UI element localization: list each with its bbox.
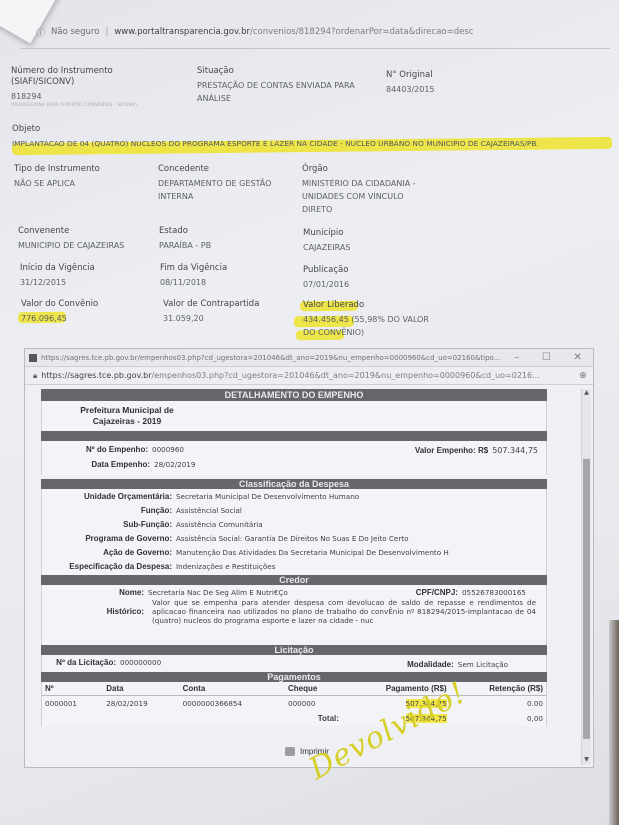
field-label: Município	[303, 228, 433, 239]
classificacao-value: Assistência Social: Garantia De Direitos…	[176, 532, 409, 546]
column-header: Nº	[42, 682, 103, 696]
divider	[20, 48, 610, 49]
url-path: /convenios/818294?ordenarPor=data&direca…	[250, 27, 474, 37]
empenho-detail: DETALHAMENTO DO EMPENHO Prefeitura Munic…	[41, 389, 547, 726]
browser-address-bar[interactable]: ⓘ Não seguro | www.portaltransparencia.g…	[36, 24, 596, 40]
field-label: Valor Liberado	[303, 300, 433, 311]
classificacao-key: Especificação da Despesa:	[42, 560, 176, 574]
window-titlebar[interactable]: https://sagres.tce.pb.gov.br/empenhos03.…	[25, 349, 593, 367]
credor-name-label: Nome:	[42, 586, 148, 600]
lock-icon: 🔒︎	[33, 371, 37, 381]
address-path: /empenhos03.php?cd_ugestora=201046&dt_an…	[152, 371, 540, 380]
field-value: 07/01/2016	[303, 278, 433, 291]
field-concedente: Concedente DEPARTAMENTO DE GESTÃO INTERN…	[158, 164, 288, 203]
info-icon: ⓘ	[36, 26, 45, 39]
scrollbar-thumb[interactable]	[583, 459, 590, 739]
classificacao-row: Programa de Governo:Assistência Social: …	[42, 532, 546, 546]
table-cell: 28/02/2019	[103, 696, 179, 712]
empenho-value-label: Valor Empenho: R$	[415, 444, 492, 458]
classificacao-key: Ação de Governo:	[42, 546, 176, 560]
field-label: Órgão	[302, 164, 432, 175]
field-municipio: Município CAJAZEIRAS	[303, 228, 433, 254]
field-value: 84403/2015	[386, 83, 506, 96]
licitacao-number-label: Nº da Licitação:	[42, 656, 120, 670]
field-value: MINISTÉRIO DA CIDADANIA - UNIDADES COM V…	[302, 177, 432, 216]
field-value: MUNICIPIO DE CAJAZEIRAS	[18, 239, 158, 252]
field-situacao: Situação PRESTAÇÃO DE CONTAS ENVIADA PAR…	[197, 66, 377, 105]
field-numero-original: N° Original 84403/2015	[386, 70, 506, 96]
field-label: Convenente	[18, 226, 158, 237]
field-numero-instrumento: Número do Instrumento (SIAFI/SICONV) 818…	[11, 66, 161, 108]
classificacao-key: Unidade Orçamentária:	[42, 490, 176, 504]
siconv-link[interactable]: (REDIRECIONA PARA O PORTAL CONVÊNIOS - S…	[11, 103, 161, 108]
field-value: IMPLANTACAO DE 04 (QUATRO) NUCLEOS DO PR…	[12, 137, 617, 150]
classificacao-value: Assistêncial Social	[176, 504, 242, 518]
classificacao-value: Assistência Comunitária	[176, 518, 263, 532]
window-title: https://sagres.tce.pb.gov.br/empenhos03.…	[41, 354, 503, 362]
zoom-icon[interactable]: ⊕	[573, 371, 593, 381]
maximize-icon[interactable]: ☐	[542, 352, 551, 363]
historico-text: Valor que se empenha para atender despes…	[152, 599, 536, 625]
classificacao-panel: Unidade Orçamentária:Secretaria Municipa…	[41, 489, 547, 575]
field-label: Número do Instrumento (SIAFI/SICONV)	[11, 66, 161, 88]
column-header: Cheque	[285, 682, 342, 696]
favicon-icon	[29, 354, 37, 362]
column-header: Data	[103, 682, 179, 696]
entity-panel: Prefeitura Municipal de Cajazeiras - 201…	[41, 401, 547, 431]
close-icon[interactable]: ✕	[573, 352, 581, 363]
field-value: 31/12/2015	[20, 276, 150, 289]
scroll-up-icon[interactable]: ▲	[582, 389, 591, 396]
field-value: 776.096,45	[21, 312, 151, 325]
licitacao-number: 000000000	[120, 656, 161, 670]
field-value: CAJAZEIRAS	[303, 241, 433, 254]
scrollbar[interactable]: ▲ ▼	[581, 389, 591, 765]
url-domain: www.portaltransparencia.gov.br	[114, 27, 250, 37]
paper-edge-shadow	[609, 620, 619, 825]
classificacao-row: Unidade Orçamentária:Secretaria Municipa…	[42, 490, 546, 504]
field-valor-convenio: Valor do Convênio 776.096,45	[21, 299, 151, 325]
field-value: NÃO SE APLICA	[14, 177, 144, 190]
credor-panel: Nome: Secretaria Nac De Seg Alim E Nutri…	[41, 585, 547, 645]
field-label: Tipo de Instrumento	[14, 164, 144, 175]
licitacao-panel: Nº da Licitação: 000000000 Modalidade: S…	[41, 655, 547, 672]
empenho-date: 28/02/2019	[154, 458, 195, 472]
classificacao-value: Indenizações e Restituições	[176, 560, 275, 574]
total-label: Total:	[285, 711, 342, 726]
field-fim-vigencia: Fim da Vigência 08/11/2018	[160, 263, 290, 289]
field-value: 434.456,45 (55,98% DO VALOR DO CONVÊNIO)	[303, 313, 433, 339]
empenho-number: 0000960	[152, 443, 184, 457]
separator: |	[105, 27, 108, 37]
section-divider	[41, 431, 547, 441]
section-header: Licitação	[41, 645, 547, 655]
field-valor-contrapartida: Valor de Contrapartida 31.059,20	[163, 299, 293, 325]
field-value: 31.059,20	[163, 312, 293, 325]
popup-address-bar[interactable]: 🔒︎ https://sagres.tce.pb.gov.br/empenhos…	[25, 367, 593, 385]
field-inicio-vigencia: Início da Vigência 31/12/2015	[20, 263, 150, 289]
field-value: PRESTAÇÃO DE CONTAS ENVIADA PARA ANÁLISE	[197, 79, 377, 105]
historico-label: Histórico:	[42, 607, 148, 616]
field-label: Fim da Vigência	[160, 263, 290, 274]
field-label: Situação	[197, 66, 377, 77]
section-header: Credor	[41, 575, 547, 585]
field-label: Objeto	[12, 124, 617, 135]
classificacao-row: Ação de Governo:Manutenção Das Atividade…	[42, 546, 546, 560]
field-value: 818294	[11, 90, 161, 103]
modalidade-label: Modalidade:	[407, 658, 458, 672]
field-convenente: Convenente MUNICIPIO DE CAJAZEIRAS	[18, 226, 158, 252]
column-header: Conta	[180, 682, 285, 696]
classificacao-row: Sub-Função:Assistência Comunitária	[42, 518, 546, 532]
classificacao-value: Manutenção Das Atividades Da Secretaria …	[176, 546, 449, 560]
field-tipo-instrumento: Tipo de Instrumento NÃO SE APLICA	[14, 164, 144, 190]
classificacao-key: Sub-Função:	[42, 518, 176, 532]
field-objeto: Objeto IMPLANTACAO DE 04 (QUATRO) NUCLEO…	[12, 124, 617, 150]
modalidade-value: Sem Licitação	[458, 658, 508, 672]
field-estado: Estado PARAÍBA - PB	[159, 226, 289, 252]
classificacao-value: Secretaria Municipal De Desenvolvimento …	[176, 490, 359, 504]
field-publicacao: Publicação 07/01/2016	[303, 265, 433, 291]
field-value: PARAÍBA - PB	[159, 239, 289, 252]
empenho-date-label: Data Empenho:	[42, 458, 154, 472]
table-cell: 0000001	[42, 696, 103, 712]
photographed-paper: ⓘ Não seguro | www.portaltransparencia.g…	[0, 0, 619, 825]
field-value: DEPARTAMENTO DE GESTÃO INTERNA	[158, 177, 288, 203]
printer-icon	[285, 747, 295, 756]
total-retencao: 0,00	[450, 711, 546, 726]
field-label: Estado	[159, 226, 289, 237]
field-label: N° Original	[386, 70, 506, 81]
entity-name: Prefeitura Municipal de Cajazeiras - 201…	[72, 405, 182, 427]
minimize-icon[interactable]: –	[514, 352, 519, 363]
field-orgao: Órgão MINISTÉRIO DA CIDADANIA - UNIDADES…	[302, 164, 432, 216]
empenho-summary: Nº do Empenho: 0000960 Data Empenho: 28/…	[41, 441, 547, 475]
total-row: Total: 507.344,75 0,00	[42, 711, 546, 726]
empenho-value: 507.344,75	[492, 444, 538, 458]
classificacao-row: Função:Assistêncial Social	[42, 504, 546, 518]
empenho-number-label: Nº do Empenho:	[42, 443, 152, 457]
section-header: Pagamentos	[41, 672, 547, 682]
classificacao-key: Programa de Governo:	[42, 532, 176, 546]
field-valor-liberado: Valor Liberado 434.456,45 (55,98% DO VAL…	[303, 300, 433, 339]
field-label: Início da Vigência	[20, 263, 150, 274]
field-value: 08/11/2018	[160, 276, 290, 289]
scroll-down-icon[interactable]: ▼	[582, 756, 591, 763]
table-cell: 000000	[285, 696, 342, 712]
classificacao-key: Função:	[42, 504, 176, 518]
field-label: Concedente	[158, 164, 288, 175]
section-header: DETALHAMENTO DO EMPENHO	[41, 389, 547, 401]
section-header: Classificação da Despesa	[41, 479, 547, 489]
classificacao-row: Especificação da Despesa:Indenizações e …	[42, 560, 546, 574]
empenho-popup-window: https://sagres.tce.pb.gov.br/empenhos03.…	[24, 348, 594, 768]
field-label: Valor do Convênio	[21, 299, 151, 310]
security-label: Não seguro	[51, 27, 99, 37]
table-cell: 0000000366854	[180, 696, 285, 712]
field-label: Valor de Contrapartida	[163, 299, 293, 310]
address-domain: https://sagres.tce.pb.gov.br	[41, 371, 151, 380]
field-label: Publicação	[303, 265, 433, 276]
